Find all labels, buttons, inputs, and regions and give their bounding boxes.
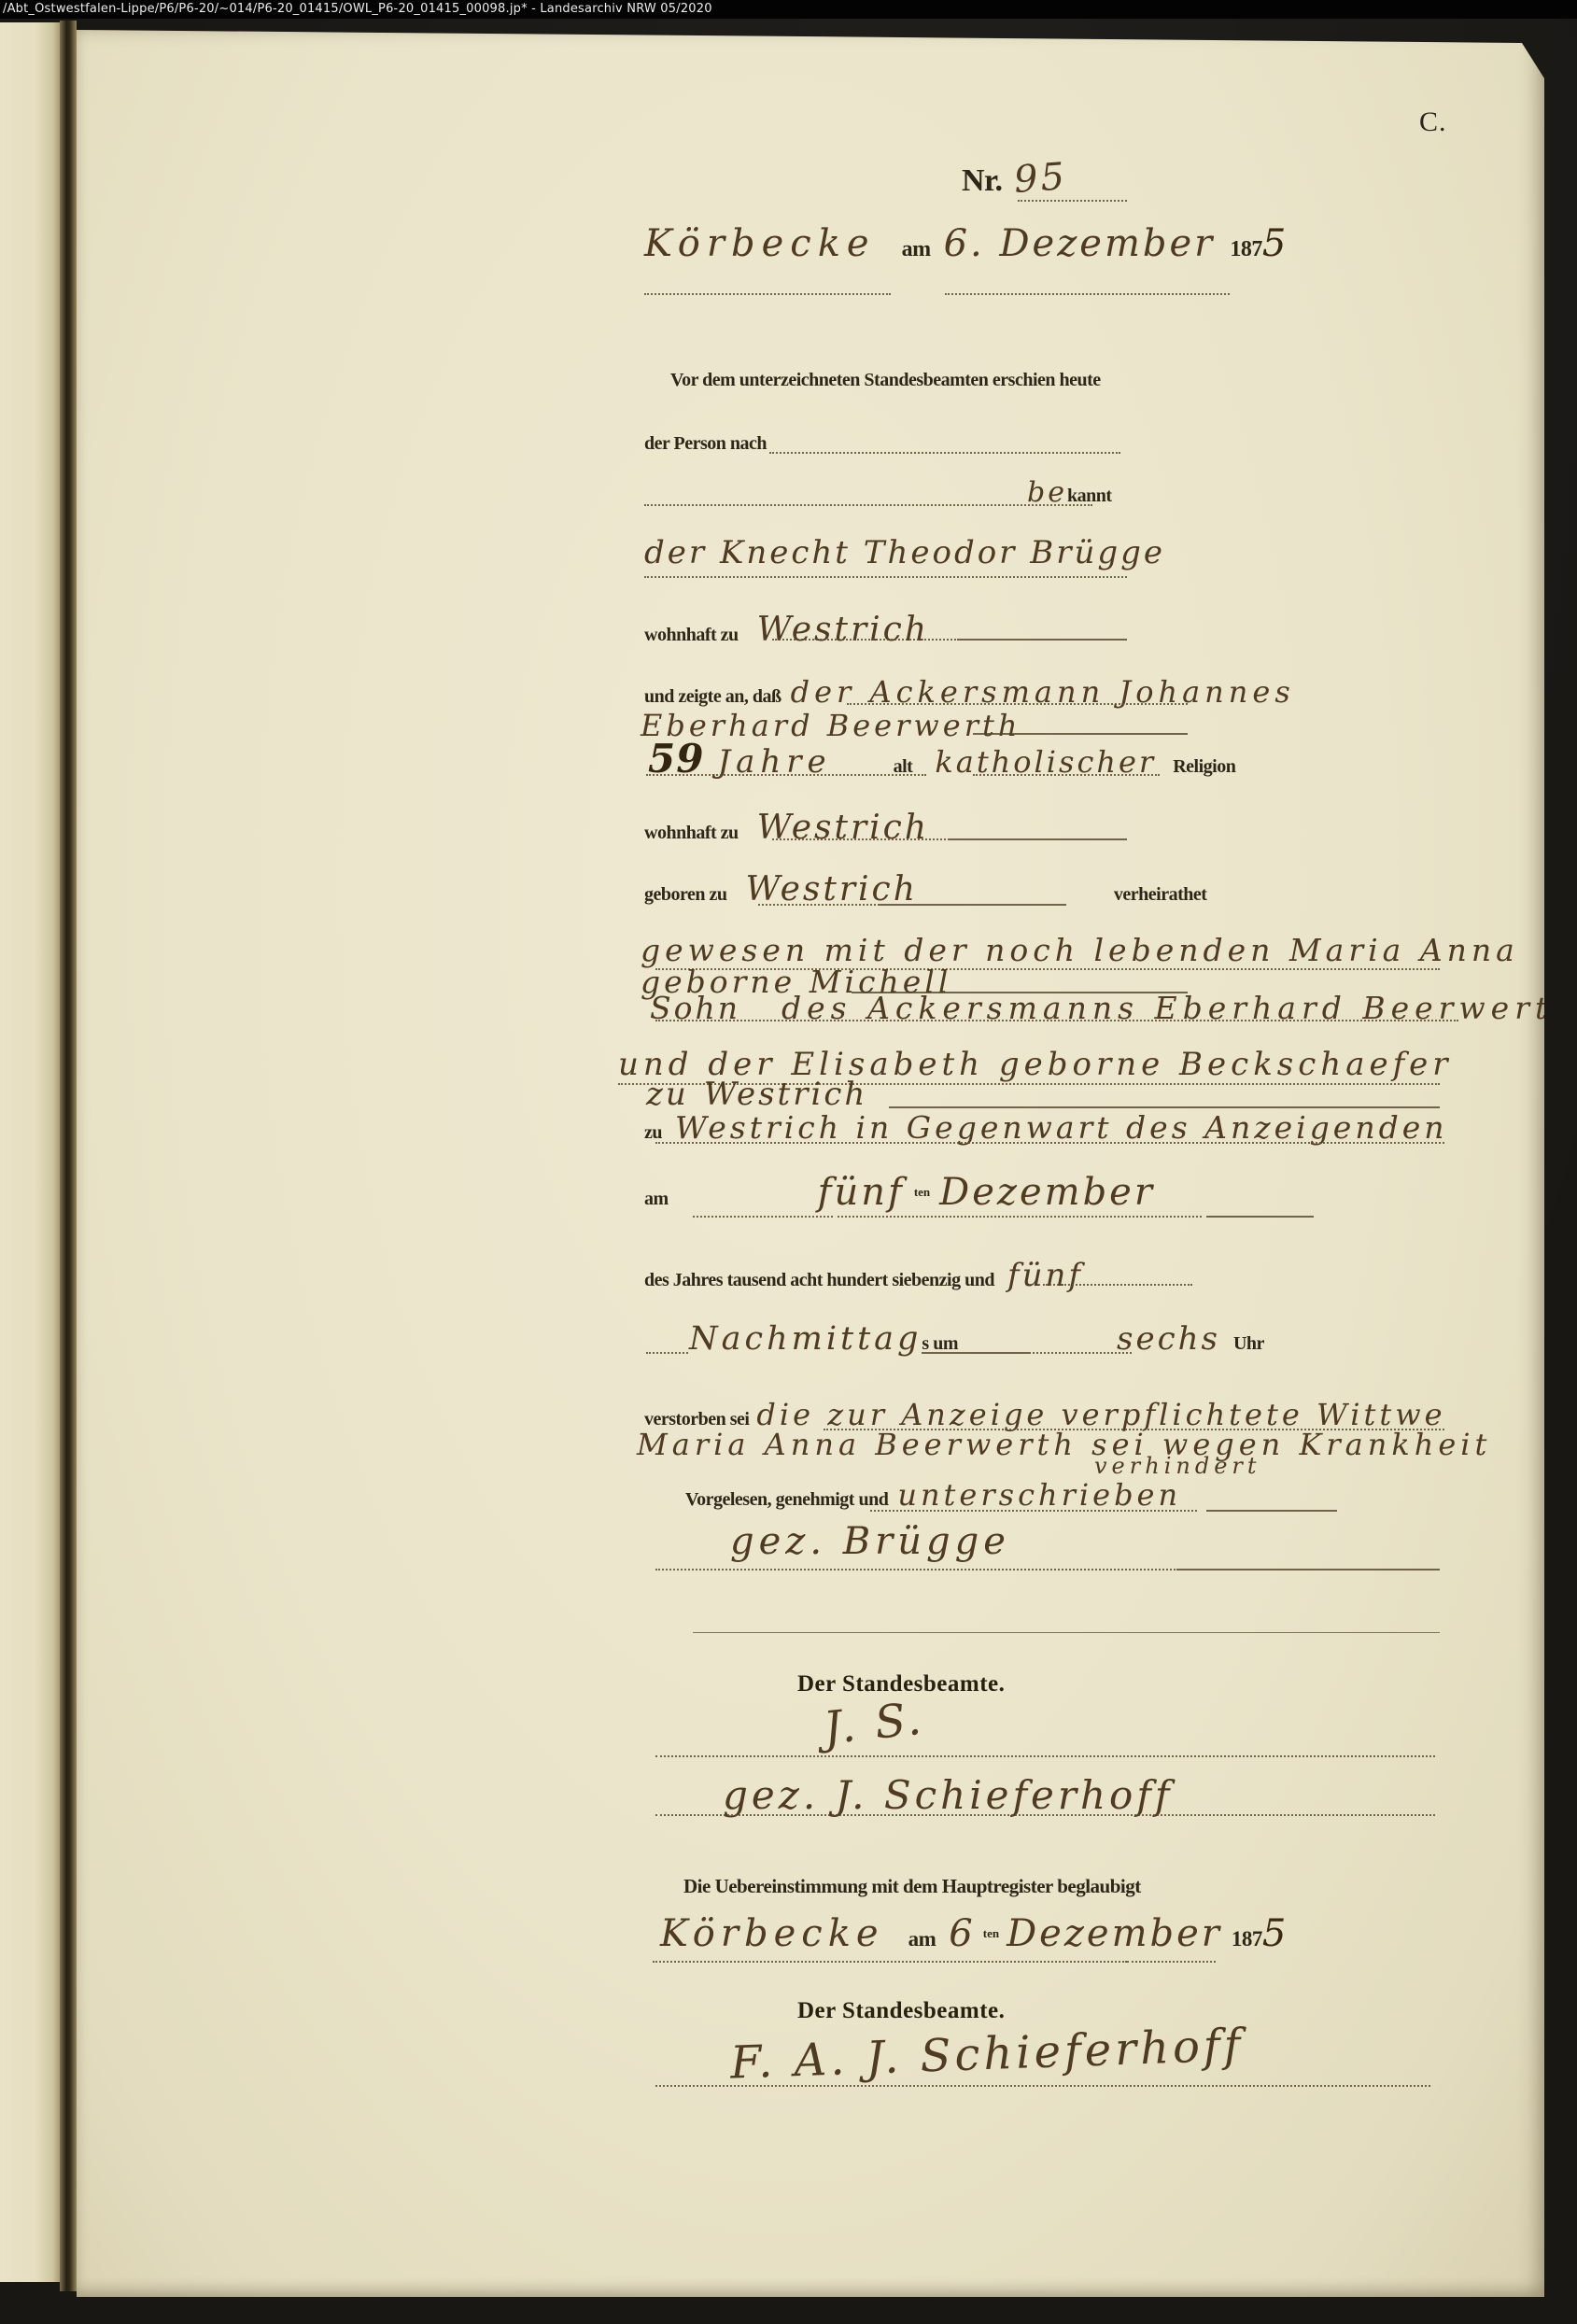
record-number-value: 95: [1012, 155, 1068, 202]
parents-place-line: zu Westrich: [646, 1076, 867, 1113]
form-line: [693, 1216, 833, 1218]
heading-place: Körbecke: [644, 222, 876, 265]
record-number-label: Nr.: [962, 163, 1003, 199]
bekannt-line: be kannt: [1027, 476, 1112, 509]
unterschrieben-entry: unterschrieben: [897, 1477, 1181, 1513]
vorgelesen-label: Vorgelesen, genehmigt und: [685, 1489, 888, 1511]
registrar-heading-2-text: Der Standesbeamte.: [797, 1998, 1005, 2024]
zeigte-an-label: und zeigte an, daß: [644, 686, 781, 708]
cert-year-printed: 187: [1232, 1927, 1262, 1951]
form-line: [693, 1632, 1440, 1633]
archive-viewer-window: { "window": { "title": "/Abt_Ostwestfale…: [0, 0, 1577, 2324]
form-line: [644, 576, 1127, 578]
person-nach-label: der Person nach: [644, 433, 767, 455]
form-line: [655, 1142, 1444, 1144]
form-line: [646, 774, 926, 776]
form-line: [1043, 1284, 1192, 1286]
death-month-entry: Dezember: [939, 1171, 1155, 1214]
form-line: [880, 904, 1066, 906]
certification-line: Die Uebereinstimmung mit dem Hauptregist…: [683, 1875, 1141, 1898]
daytime-entry: Nachmittag: [689, 1320, 922, 1358]
form-line: [973, 733, 1188, 735]
birthplace-entry: Westrich: [746, 870, 918, 908]
certification-text: Die Uebereinstimmung mit dem Hauptregist…: [683, 1875, 1141, 1898]
ten-suffix-label: ten: [914, 1185, 930, 1200]
previous-page-edge: [0, 22, 60, 2282]
form-line: [889, 1106, 1440, 1108]
form-line: [922, 1352, 1029, 1354]
corner-mark: C.: [1419, 106, 1447, 138]
form-line: [769, 452, 1120, 454]
record-number: Nr. 95: [962, 157, 1066, 200]
cert-place-entry: Körbecke: [660, 1912, 884, 1955]
declarant-signature-line: gez. Brügge: [730, 1520, 1010, 1563]
book-binding-gutter: [60, 21, 77, 2291]
corner-mark-text: C.: [1419, 106, 1447, 138]
death-place-entry: Westrich in Gegenwart des Anzeigenden: [675, 1109, 1448, 1146]
registrar-signature: gez. J. Schieferhoff: [723, 1772, 1173, 1818]
form-line: [655, 1814, 1435, 1816]
death-zu-label: zu: [644, 1122, 662, 1144]
heading-date-line: Körbecke am 6. Dezember 187 5: [644, 222, 1288, 265]
form-line: [1206, 1216, 1314, 1218]
bekannt-handwritten: be: [1027, 476, 1067, 509]
registrar-paraph-line: J. S.: [824, 1697, 923, 1750]
person-nach-line: der Person nach: [644, 433, 767, 455]
death-am-label: am: [644, 1189, 669, 1210]
intro-text: Vor dem unterzeichneten Standesbeamten e…: [670, 370, 1101, 391]
death-day-entry: fünf: [818, 1171, 905, 1214]
heading-date-value: 6. Dezember: [944, 222, 1216, 265]
form-line: [653, 1961, 1127, 1963]
birthplace-line: geboren zu Westrich verheirathet: [644, 870, 1206, 908]
certification-date-line: Körbecke am 6 ten Dezember 187 5: [660, 1912, 1288, 1955]
bekannt-printed: kannt: [1067, 486, 1112, 507]
form-line: [772, 639, 959, 641]
cert-month-entry: Dezember: [1007, 1912, 1222, 1955]
form-line: [772, 838, 950, 840]
form-line: [655, 2085, 1430, 2087]
religion-label: Religion: [1173, 756, 1235, 778]
heading-am-label: am: [902, 237, 931, 262]
registrar-signature-line: gez. J. Schieferhoff: [723, 1772, 1173, 1818]
wohnhaft-zu-label-2: wohnhaft zu: [644, 823, 739, 844]
form-line: [950, 838, 1127, 840]
year-word-entry: fünf: [1007, 1257, 1083, 1294]
form-line: [1178, 1569, 1440, 1570]
form-line: [655, 1755, 1435, 1757]
form-line: [758, 904, 880, 906]
form-line: [870, 1510, 1197, 1512]
death-year-line: des Jahres tausend acht hundert siebenzi…: [644, 1257, 1083, 1294]
residence-line-1: wohnhaft zu Westrich: [644, 611, 929, 649]
form-line: [1206, 1510, 1337, 1512]
form-line: [945, 293, 1230, 295]
form-line: [646, 1352, 688, 1354]
geboren-zu-label: geboren zu: [644, 884, 727, 906]
form-line: [1018, 200, 1127, 202]
window-title-bar: /Abt_Ostwestfalen-Lippe/P6/P6-20/~014/P6…: [0, 0, 1577, 19]
heading-year-printed: 187: [1230, 237, 1262, 262]
form-line: [959, 639, 1127, 641]
verheirathet-label: verheirathet: [1114, 884, 1207, 906]
cert-day-entry: 6: [949, 1912, 975, 1955]
uhr-label: Uhr: [1233, 1333, 1264, 1355]
form-line: [1127, 1961, 1216, 1963]
final-signature: F. A. J. Schieferhoff: [729, 2019, 1245, 2089]
death-date-line: am fünf ten Dezember: [644, 1171, 1155, 1214]
form-line: [973, 774, 1160, 776]
residence-entry-2: Westrich: [757, 809, 929, 847]
register-page: C. Nr. 95 Körbecke am 6. Dezember 187 5 …: [77, 30, 1544, 2297]
parents-place-entry: Westrich: [704, 1076, 867, 1113]
year-sentence-label: des Jahres tausend acht hundert siebenzi…: [644, 1270, 994, 1291]
registrar-heading-2: Der Standesbeamte.: [797, 1998, 1005, 2024]
hour-entry: sechs: [1117, 1320, 1220, 1358]
cert-am-label: am: [908, 1927, 936, 1951]
declarant-entry: der Knecht Theodor Brügge: [644, 534, 1165, 571]
intro-sentence: Vor dem unterzeichneten Standesbeamten e…: [670, 370, 1101, 391]
cert-ten-label: ten: [983, 1926, 999, 1941]
final-signature-line: F. A. J. Schieferhoff: [730, 2028, 1244, 2080]
registrar-paraph: J. S.: [821, 1693, 926, 1755]
form-line: [847, 703, 1188, 705]
remark-entry-2: Maria Anna Beerwerth sei wegen Krankheit: [637, 1427, 1491, 1462]
window-title-text: /Abt_Ostwestfalen-Lippe/P6/P6-20/~014/P6…: [0, 0, 712, 19]
form-line: [838, 1216, 1202, 1218]
form-line: [655, 1569, 1178, 1570]
death-place-line: zu Westrich in Gegenwart des Anzeigenden: [644, 1109, 1448, 1146]
form-line: [644, 504, 1092, 506]
remark-insert-entry: verhindert: [1094, 1453, 1261, 1479]
cert-year-handwritten: 5: [1262, 1912, 1288, 1955]
vorgelesen-line: Vorgelesen, genehmigt und unterschrieben: [685, 1477, 1181, 1513]
declarant-signature: gez. Brügge: [730, 1520, 1010, 1563]
remark-insert-line: verhindert: [1094, 1453, 1261, 1479]
residence-line-2: wohnhaft zu Westrich: [644, 809, 929, 847]
form-line: [1029, 1352, 1132, 1354]
wohnhaft-zu-label-1: wohnhaft zu: [644, 625, 739, 646]
remark-line-2: Maria Anna Beerwerth sei wegen Krankheit: [637, 1427, 1491, 1462]
form-line: [655, 1020, 1458, 1021]
residence-entry-1: Westrich: [757, 611, 929, 649]
parents-zu-entry: zu: [646, 1076, 689, 1113]
heading-year-handwritten: 5: [1262, 222, 1288, 265]
declarant-line: der Knecht Theodor Brügge: [644, 534, 1165, 571]
form-line: [644, 293, 891, 295]
